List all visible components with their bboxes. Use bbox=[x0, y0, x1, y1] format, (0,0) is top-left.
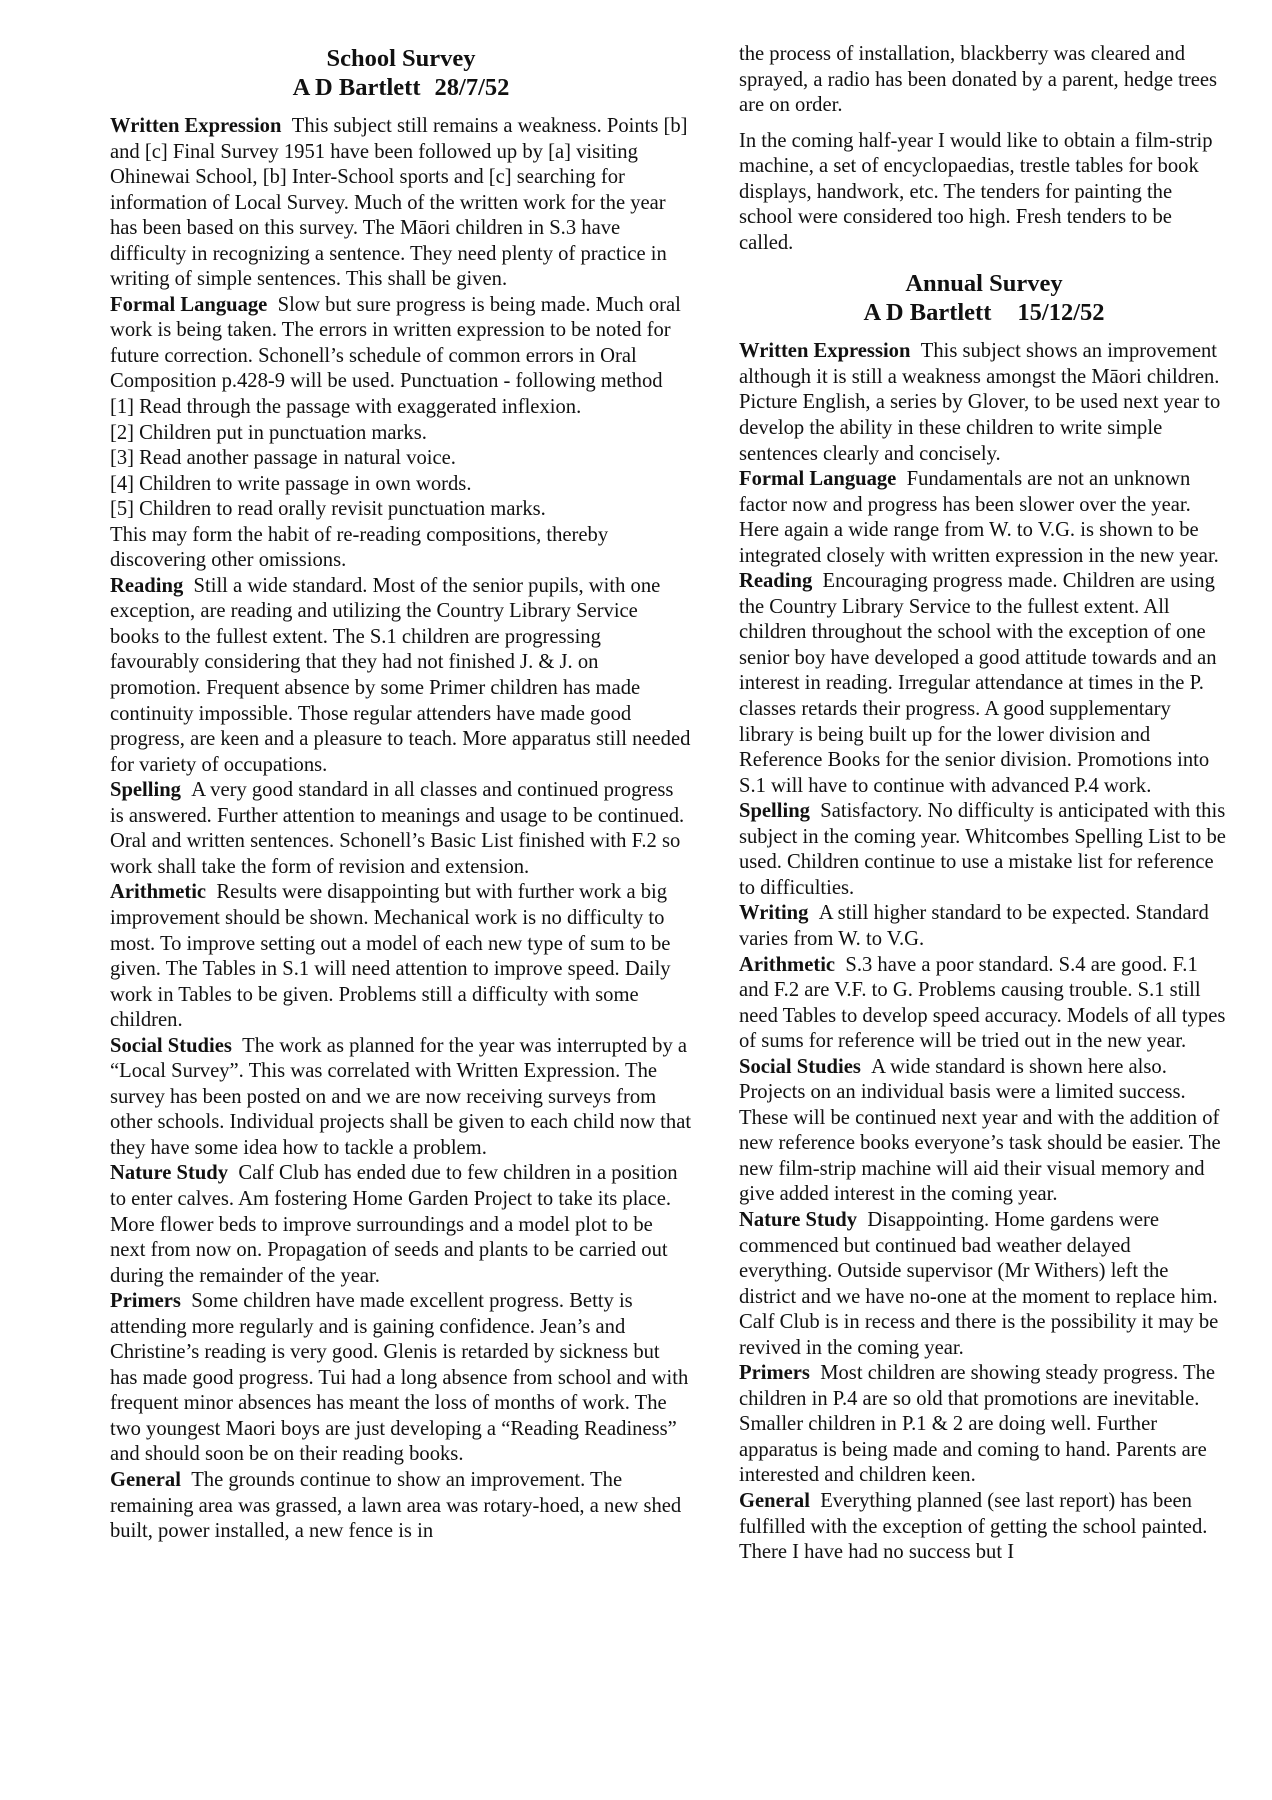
school-survey-title: School Survey bbox=[110, 44, 692, 73]
section-body: Disappointing. Home gardens were commenc… bbox=[739, 1209, 1218, 1359]
section-heading: Social Studies bbox=[110, 1035, 242, 1057]
section-reading: ReadingStill a wide standard. Most of th… bbox=[110, 574, 692, 778]
survey-date: 15/12/52 bbox=[1017, 299, 1104, 326]
method-step-4: [4] Children to write passage in own wor… bbox=[110, 472, 692, 498]
section-heading: Formal Language bbox=[739, 468, 907, 490]
school-survey-title-block: School Survey A D Bartlett28/7/52 bbox=[110, 44, 692, 102]
method-closing: This may form the habit of re-reading co… bbox=[110, 523, 692, 574]
school-survey-byline: A D Bartlett28/7/52 bbox=[110, 73, 692, 102]
section-written-expression: Written ExpressionThis subject shows an … bbox=[739, 339, 1229, 467]
section-arithmetic: ArithmeticS.3 have a poor standard. S.4 … bbox=[739, 953, 1229, 1055]
section-social-studies: Social StudiesA wide standard is shown h… bbox=[739, 1055, 1229, 1208]
section-body: Still a wide standard. Most of the senio… bbox=[110, 575, 690, 776]
right-column: the process of installation, blackberry … bbox=[739, 42, 1229, 1566]
section-body: A wide standard is shown here also. Proj… bbox=[739, 1056, 1221, 1206]
section-formal-language: Formal LanguageSlow but sure progress is… bbox=[110, 293, 692, 574]
section-heading: General bbox=[110, 1469, 191, 1491]
section-body: Encouraging progress made. Children are … bbox=[739, 570, 1217, 796]
section-heading: Written Expression bbox=[110, 115, 292, 137]
section-heading: Writing bbox=[739, 902, 819, 924]
section-reading: ReadingEncouraging progress made. Childr… bbox=[739, 569, 1229, 799]
general-continuation: the process of installation, blackberry … bbox=[739, 42, 1229, 119]
author-name: A D Bartlett bbox=[293, 74, 421, 101]
method-step-5: [5] Children to read orally revisit punc… bbox=[110, 497, 692, 523]
section-primers: PrimersSome children have made excellent… bbox=[110, 1289, 692, 1468]
section-heading: Arithmetic bbox=[110, 881, 216, 903]
section-heading: Social Studies bbox=[739, 1056, 871, 1078]
section-writing: WritingA still higher standard to be exp… bbox=[739, 901, 1229, 952]
left-column: School Survey A D Bartlett28/7/52 Writte… bbox=[110, 44, 692, 1545]
section-arithmetic: ArithmeticResults were disappointing but… bbox=[110, 880, 692, 1033]
section-heading: Spelling bbox=[110, 779, 191, 801]
annual-survey-byline: A D Bartlett15/12/52 bbox=[739, 298, 1229, 327]
section-primers: PrimersMost children are showing steady … bbox=[739, 1361, 1229, 1489]
section-body: This subject still remains a weakness. P… bbox=[110, 115, 688, 290]
section-social-studies: Social StudiesThe work as planned for th… bbox=[110, 1034, 692, 1162]
section-body: Some children have made excellent progre… bbox=[110, 1290, 688, 1465]
section-spelling: SpellingSatisfactory. No difficulty is a… bbox=[739, 799, 1229, 901]
section-heading: Nature Study bbox=[739, 1209, 867, 1231]
section-body: A very good standard in all classes and … bbox=[110, 779, 684, 878]
section-heading: Primers bbox=[110, 1290, 191, 1312]
author-name: A D Bartlett bbox=[863, 299, 991, 326]
section-heading: Spelling bbox=[739, 800, 820, 822]
annual-survey-title: Annual Survey bbox=[739, 269, 1229, 298]
section-heading: Reading bbox=[110, 575, 194, 597]
section-heading: Reading bbox=[739, 570, 823, 592]
section-general: GeneralThe grounds continue to show an i… bbox=[110, 1468, 692, 1545]
section-formal-language: Formal LanguageFundamentals are not an u… bbox=[739, 467, 1229, 569]
method-step-2: [2] Children put in punctuation marks. bbox=[110, 421, 692, 447]
survey-date: 28/7/52 bbox=[435, 74, 510, 101]
annual-survey-title-block: Annual Survey A D Bartlett15/12/52 bbox=[739, 269, 1229, 327]
section-body: Results were disappointing but with furt… bbox=[110, 881, 671, 1031]
section-heading: Primers bbox=[739, 1362, 820, 1384]
section-heading: Written Expression bbox=[739, 340, 921, 362]
section-nature-study: Nature StudyCalf Club has ended due to f… bbox=[110, 1161, 692, 1289]
section-heading: Formal Language bbox=[110, 294, 278, 316]
future-plans-paragraph: In the coming half-year I would like to … bbox=[739, 129, 1229, 257]
section-heading: Nature Study bbox=[110, 1162, 238, 1184]
section-spelling: SpellingA very good standard in all clas… bbox=[110, 778, 692, 880]
section-written-expression: Written ExpressionThis subject still rem… bbox=[110, 114, 692, 293]
method-step-3: [3] Read another passage in natural voic… bbox=[110, 446, 692, 472]
section-general: GeneralEverything planned (see last repo… bbox=[739, 1489, 1229, 1566]
method-step-1: [1] Read through the passage with exagge… bbox=[110, 395, 692, 421]
section-heading: General bbox=[739, 1490, 820, 1512]
section-body: The grounds continue to show an improvem… bbox=[110, 1469, 681, 1542]
section-heading: Arithmetic bbox=[739, 954, 845, 976]
section-nature-study: Nature StudyDisappointing. Home gardens … bbox=[739, 1208, 1229, 1361]
